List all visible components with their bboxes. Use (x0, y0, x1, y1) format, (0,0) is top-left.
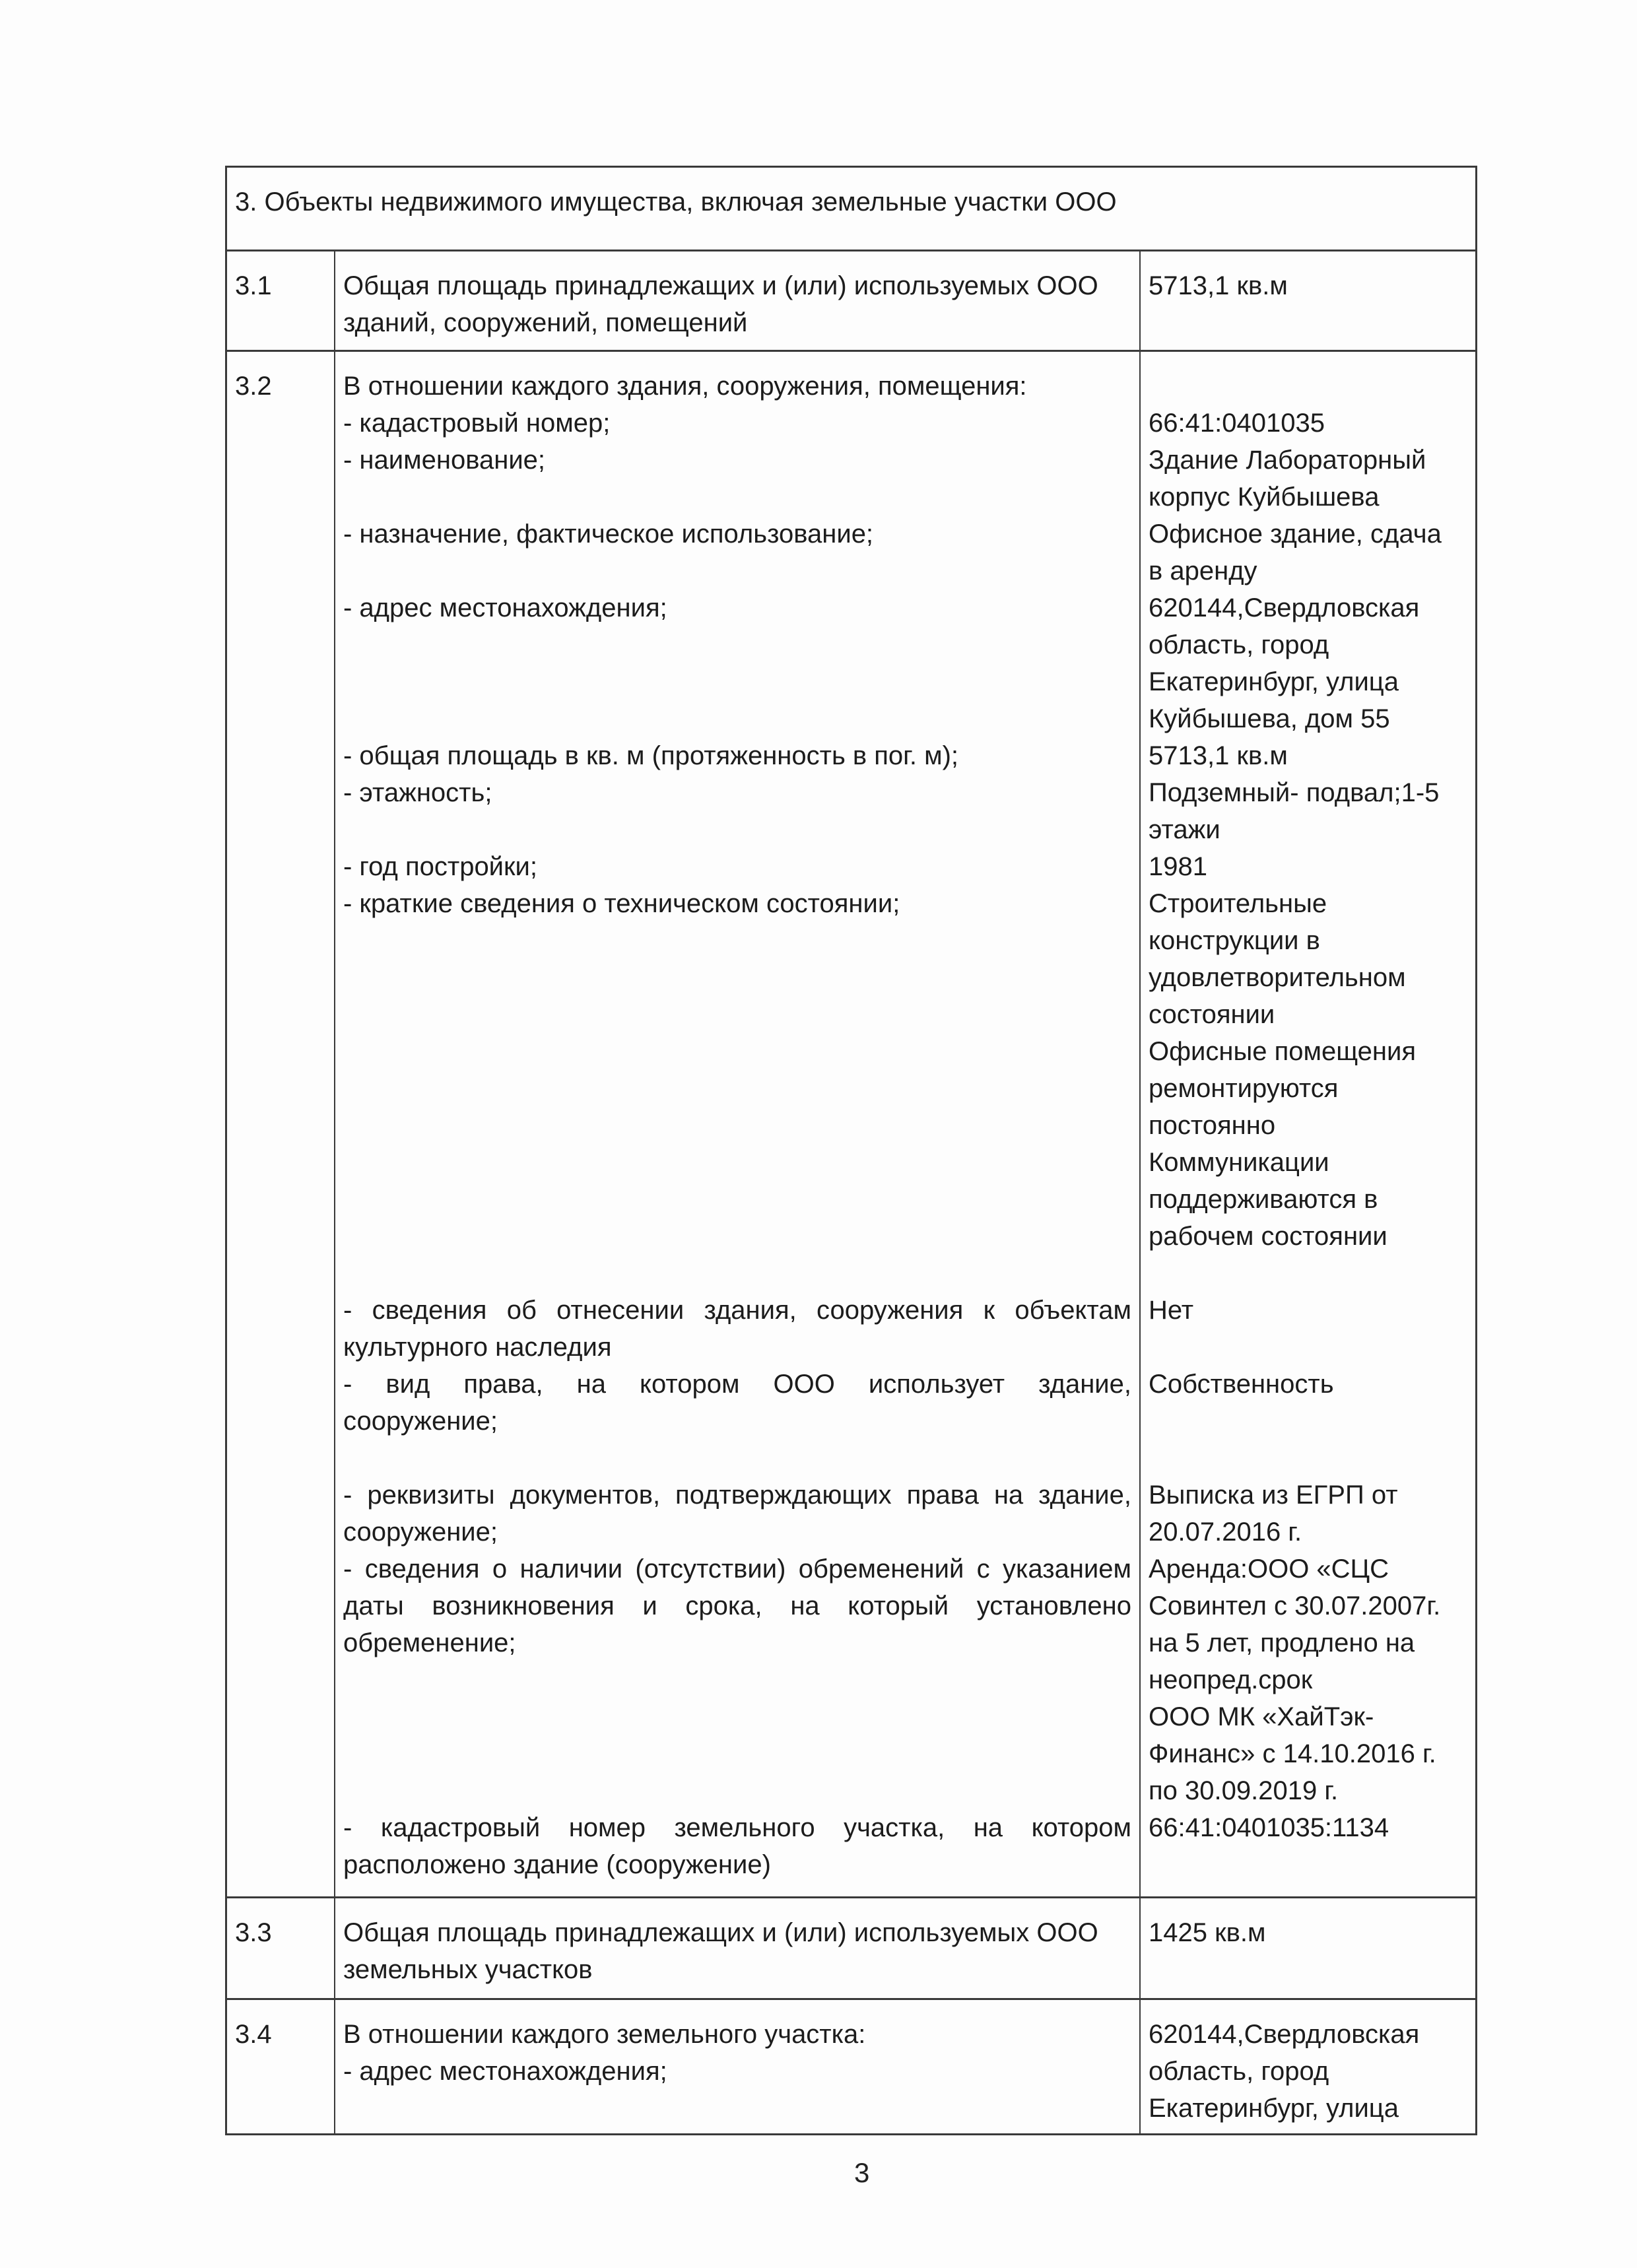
row-value: 620144,Свердловская область, город Екате… (1141, 2000, 1475, 2133)
item-value (1149, 1329, 1467, 1366)
item-value: рабочем состоянии (1149, 1218, 1467, 1255)
item-label: - краткие сведения о техническом состоян… (343, 885, 1131, 922)
item-value: 620144,Свердловская (1149, 589, 1467, 626)
item-value: 20.07.2016 г. (1149, 1514, 1467, 1551)
item-label: - реквизиты документов, подтверждающих п… (343, 1477, 1131, 1514)
item-label: сооружение; (343, 1403, 1131, 1440)
item-label: - наименование; (343, 442, 1131, 479)
item-value: корпус Куйбышева (1149, 479, 1467, 516)
item-label (343, 663, 1131, 700)
item-label (343, 811, 1131, 848)
item-label (343, 959, 1131, 996)
item-value: конструкции в (1149, 922, 1467, 959)
row-number: 3.3 (227, 1898, 335, 1998)
item-value: Куйбышева, дом 55 (1149, 700, 1467, 737)
table-row-3-4: 3.4 В отношении каждого земельного участ… (227, 1998, 1475, 2133)
row-value: 5713,1 кв.м (1141, 251, 1475, 350)
item-label (343, 479, 1131, 516)
item-label: - адрес местонахождения; (343, 589, 1131, 626)
row-number: 3.2 (227, 352, 335, 1896)
row-description: Общая площадь принадлежащих и (или) испо… (335, 251, 1141, 350)
item-value: Офисные помещения (1149, 1033, 1467, 1070)
item-value: Офисное здание, сдача (1149, 516, 1467, 552)
item-label: культурного наследия (343, 1329, 1131, 1366)
item-label: - вид права, на котором ООО использует з… (343, 1366, 1131, 1403)
item-label (343, 1698, 1131, 1735)
item-value: Выписка из ЕГРП от (1149, 1477, 1467, 1514)
item-label (343, 1218, 1131, 1255)
item-value: на 5 лет, продлено на (1149, 1624, 1467, 1661)
item-label: - общая площадь в кв. м (протяженность в… (343, 737, 1131, 774)
item-label (343, 1070, 1131, 1107)
item-value: этажи (1149, 811, 1467, 848)
item-value: по 30.09.2019 г. (1149, 1772, 1467, 1809)
section-title: 3. Объекты недвижимого имущества, включа… (227, 168, 1125, 250)
item-label: - назначение, фактическое использование; (343, 516, 1131, 552)
table-row-3-1: 3.1 Общая площадь принадлежащих и (или) … (227, 250, 1475, 350)
item-label (343, 1661, 1131, 1698)
row-value: 66:41:0401035Здание Лабораторныйкорпус К… (1141, 352, 1475, 1896)
item-label (343, 996, 1131, 1033)
row-description: В отношении каждого здания, сооружения, … (335, 352, 1141, 1896)
page-number: 3 (854, 2157, 869, 2189)
item-value: Совинтел с 30.07.2007г. (1149, 1587, 1467, 1624)
item-label (343, 1144, 1131, 1181)
item-value: Аренда:ООО «СЦС (1149, 1551, 1467, 1587)
row-description: Общая площадь принадлежащих и (или) испо… (335, 1898, 1141, 1998)
item-value: Собственность (1149, 1366, 1467, 1403)
document-page: 3. Объекты недвижимого имущества, включа… (0, 0, 1637, 2268)
item-label (343, 1033, 1131, 1070)
item-value: область, город (1149, 626, 1467, 663)
item-label: - год постройки; (343, 848, 1131, 885)
item-value: постоянно (1149, 1107, 1467, 1144)
item-label (343, 922, 1131, 959)
item-value: неопред.срок (1149, 1661, 1467, 1698)
item-value: поддерживаются в (1149, 1181, 1467, 1218)
item-label: - сведения о наличии (отсутствии) обреме… (343, 1551, 1131, 1587)
item-value: 1981 (1149, 848, 1467, 885)
item-value: Подземный- подвал;1-5 (1149, 774, 1467, 811)
property-table: 3. Объекты недвижимого имущества, включа… (225, 166, 1477, 2135)
row-description: В отношении каждого земельного участка: … (335, 2000, 1141, 2133)
row-intro: В отношении каждого здания, сооружения, … (343, 368, 1131, 405)
row-number: 3.4 (227, 2000, 335, 2133)
item-value: 66:41:0401035 (1149, 405, 1467, 442)
item-value: ООО МК «ХайТэк- (1149, 1698, 1467, 1735)
item-value: Строительные (1149, 885, 1467, 922)
item-value: в аренду (1149, 552, 1467, 589)
item-label (343, 1107, 1131, 1144)
item-label (343, 552, 1131, 589)
section-header-row: 3. Объекты недвижимого имущества, включа… (227, 168, 1475, 250)
row-number: 3.1 (227, 251, 335, 350)
item-label: - этажность; (343, 774, 1131, 811)
item-value: удовлетворительном (1149, 959, 1467, 996)
item-value: Здание Лабораторный (1149, 442, 1467, 479)
item-value: Нет (1149, 1292, 1467, 1329)
item-label (343, 1181, 1131, 1218)
item-value: ремонтируются (1149, 1070, 1467, 1107)
item-label: сооружение; (343, 1514, 1131, 1551)
item-label: расположено здание (сооружение) (343, 1846, 1131, 1883)
item-label (343, 626, 1131, 663)
item-value: состоянии (1149, 996, 1467, 1033)
item-value: 5713,1 кв.м (1149, 737, 1467, 774)
item-value: Екатеринбург, улица (1149, 663, 1467, 700)
item-label (343, 1772, 1131, 1809)
item-label: - сведения об отнесении здания, сооружен… (343, 1292, 1131, 1329)
item-value: 66:41:0401035:1134 (1149, 1809, 1467, 1846)
item-label (343, 1735, 1131, 1772)
item-label: обременение; (343, 1624, 1131, 1661)
item-label: - кадастровый номер земельного участка, … (343, 1809, 1131, 1846)
item-value: Финанс» с 14.10.2016 г. (1149, 1735, 1467, 1772)
item-label: - кадастровый номер; (343, 405, 1131, 442)
item-label (343, 700, 1131, 737)
table-row-3-3: 3.3 Общая площадь принадлежащих и (или) … (227, 1896, 1475, 1998)
item-value (1149, 1403, 1467, 1440)
item-label: даты возникновения и срока, на который у… (343, 1587, 1131, 1624)
item-value: Коммуникации (1149, 1144, 1467, 1181)
row-value: 1425 кв.м (1141, 1898, 1475, 1998)
item-value (1149, 1846, 1467, 1883)
table-row-3-2: 3.2 В отношении каждого здания, сооружен… (227, 350, 1475, 1896)
